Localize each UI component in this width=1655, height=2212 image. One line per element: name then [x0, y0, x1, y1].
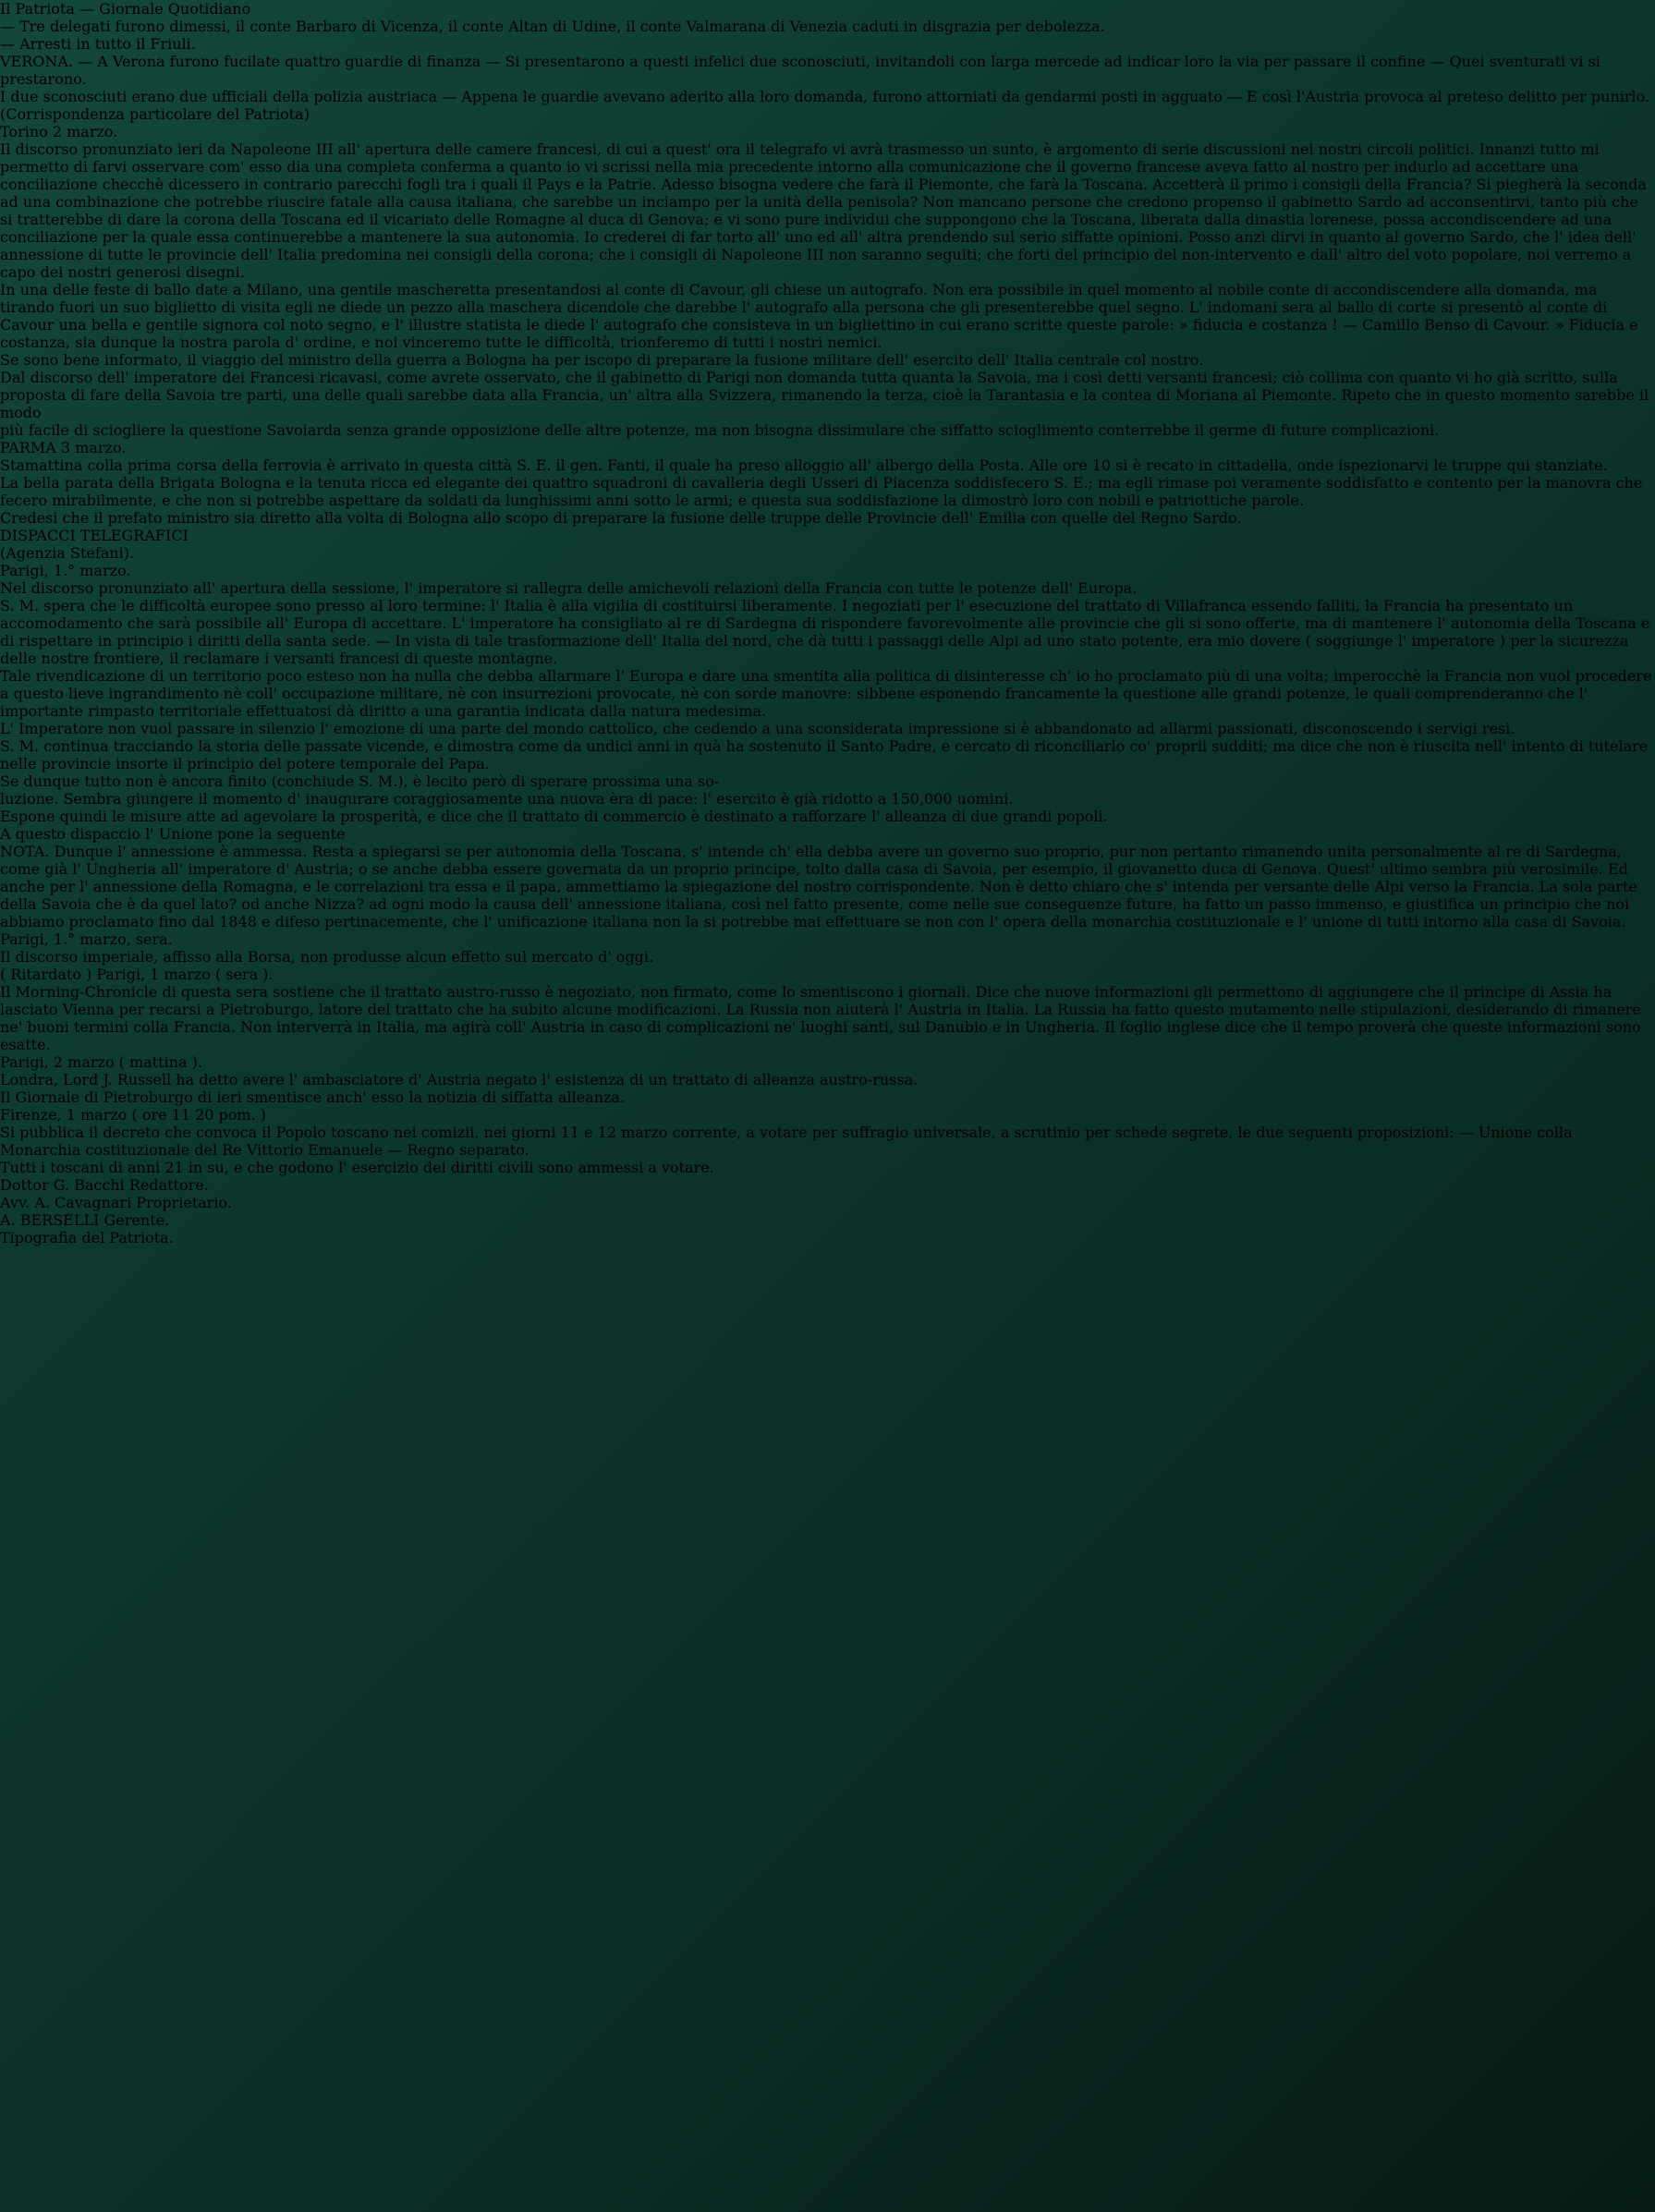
printed-sheet: Il Patriota — Giornale Quotidiano — Tre …: [0, 0, 1655, 1246]
paragraph: In una delle feste di ballo date a Milan…: [0, 281, 1655, 351]
scanned-book-photograph: { "masthead": { "title": "Il Patriota — …: [0, 0, 1655, 2212]
column-1: — Tre delegati furono dimessi, il conte …: [0, 18, 1655, 421]
column-2-text: più facile di sciogliere la questione Sa…: [0, 421, 1655, 790]
paragraph: Il Giornale di Pietroburgo di ieri sment…: [0, 1088, 1655, 1106]
column-2: più facile di sciogliere la questione Sa…: [0, 421, 1655, 790]
paragraph: Se dunque tutto non è ancora finito (con…: [0, 772, 1655, 790]
paragraph: Si pubblica il decreto che convoca il Po…: [0, 1124, 1655, 1159]
dateline: Parigi, 1.° marzo.: [0, 562, 1655, 579]
paragraph: NOTA. Dunque l' annessione è ammessa. Re…: [0, 843, 1655, 930]
masthead-title: Il Patriota — Giornale Quotidiano: [0, 0, 1655, 18]
paragraph: Londra, Lord J. Russell ha detto avere l…: [0, 1071, 1655, 1088]
paragraph: Credesi che il prefato ministro sia dire…: [0, 509, 1655, 527]
paragraph: Il Morning-Chronicle di questa sera sost…: [0, 983, 1655, 1053]
credit-owner-role: Proprietario.: [136, 1194, 232, 1211]
dateline: Torino 2 marzo.: [0, 123, 1655, 140]
paragraph: — Tre delegati furono dimessi, il conte …: [0, 18, 1655, 35]
paragraph: S. M. spera che le difficoltà europee so…: [0, 597, 1655, 667]
credit-owner: Avv. A. Cavagnari Proprietario.: [0, 1194, 1655, 1211]
paragraph: L' Imperatore non vuol passare in silenz…: [0, 720, 1655, 737]
paragraph: Dal discorso dell' imperatore dei France…: [0, 369, 1655, 421]
section-heading: PARMA 3 marzo.: [0, 439, 1655, 456]
paragraph: Tutti i toscani di anni 21 in su, e che …: [0, 1159, 1655, 1176]
credit-manager: A. BERSELLI Gerente.: [0, 1211, 1655, 1229]
dateline: ( Ritardato ) Parigi, 1 marzo ( sera ).: [0, 966, 1655, 983]
dateline: Parigi, 1.° marzo, sera.: [0, 930, 1655, 948]
credit-editor-role: Redattore.: [129, 1176, 209, 1194]
column-3-text: luzione. Sembra giungere il momento d' i…: [0, 790, 1655, 1176]
paragraph-continuation: luzione. Sembra giungere il momento d' i…: [0, 790, 1655, 808]
column-3: luzione. Sembra giungere il momento d' i…: [0, 790, 1655, 1246]
dateline: Firenze, 1 marzo ( ore 11 20 pom. ): [0, 1106, 1655, 1124]
agency-subheading: (Agenzia Stefani).: [0, 544, 1655, 562]
newspaper-page: Il Patriota — Giornale Quotidiano — Tre …: [0, 0, 1655, 1246]
dateline: Parigi, 2 marzo ( mattina ).: [0, 1053, 1655, 1071]
paragraph: Se sono bene informato, il viaggio del m…: [0, 351, 1655, 369]
paragraph: Stamattina colla prima corsa della ferro…: [0, 456, 1655, 474]
credit-editor: Dottor G. Bacchi Redattore.: [0, 1176, 1655, 1194]
credit-manager-role: Gerente.: [104, 1211, 170, 1229]
column-1-text: — Tre delegati furono dimessi, il conte …: [0, 18, 1655, 421]
paragraph: Tale rivendicazione di un territorio poc…: [0, 667, 1655, 720]
section-display-heading: DISPACCI TELEGRAFICI: [0, 527, 1655, 544]
paragraph: VERONA. — A Verona furono fucilate quatt…: [0, 53, 1655, 88]
paragraph-continuation: più facile di sciogliere la questione Sa…: [0, 421, 1655, 439]
book-cover-background: [0, 0, 65, 2212]
paragraph: Espone quindi le misure atte ad agevolar…: [0, 808, 1655, 825]
paragraph: Il discorso pronunziato ieri da Napoleon…: [0, 140, 1655, 281]
correspondence-note: (Corrispondenza particolare del Patriota…: [0, 105, 1655, 123]
imprint-section: Dottor G. Bacchi Redattore. Avv. A. Cava…: [0, 1176, 1655, 1246]
printer-imprint: Tipografia del Patriota.: [0, 1229, 1655, 1246]
paragraph: Nel discorso pronunziato all' apertura d…: [0, 579, 1655, 597]
paragraph: Il discorso imperiale, affisso alla Bors…: [0, 948, 1655, 966]
paragraph: La bella parata della Brigata Bologna e …: [0, 474, 1655, 509]
paragraph: I due sconosciuti erano due ufficiali de…: [0, 88, 1655, 105]
paragraph: A questo dispaccio l' Unione pone la seg…: [0, 825, 1655, 843]
paragraph: — Arresti in tutto il Friuli.: [0, 35, 1655, 53]
paragraph: S. M. continua tracciando la storia dell…: [0, 737, 1655, 772]
